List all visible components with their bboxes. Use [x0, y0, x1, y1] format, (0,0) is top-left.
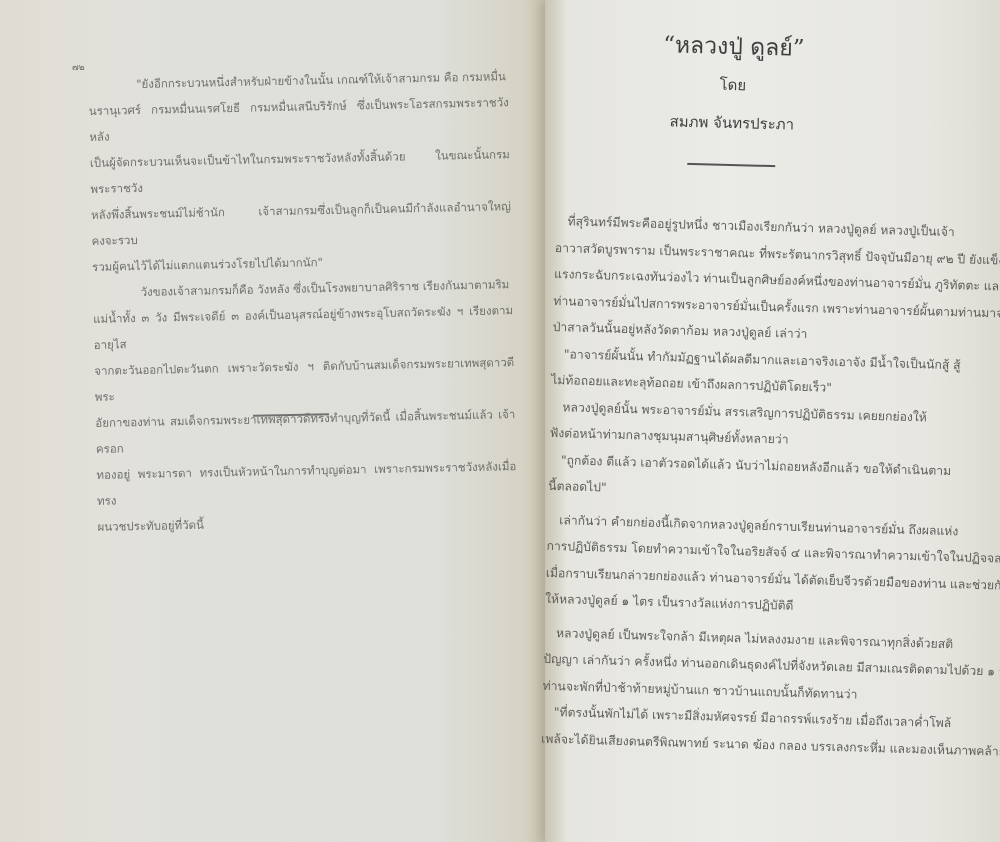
quote-paragraph: "ยังอีกกระบวนหนึ่งสำหรับฝ่ายข้างในนั้น เ… [88, 63, 512, 280]
text-line: จากตะวันออกไปตะวันตก เพราะวัดระฆัง ฯ ติด… [94, 349, 515, 410]
body-paragraph: วังของเจ้าสามกรมก็คือ วังหลัง ซึ่งเป็นโร… [92, 271, 517, 540]
text-line: ทองอยู่ พระมารดา ทรงเป็นหัวหน้าในการทำบุ… [96, 453, 517, 514]
book-spread: ๗๒ "ยังอีกกระบวนหนึ่งสำหรับฝ่ายข้างในนั้… [0, 0, 1000, 842]
right-page-body: ที่สุรินทร์มีพระคืออยู่รูปหนึ่ง ชาวเมือง… [541, 208, 986, 764]
left-page-body: "ยังอีกกระบวนหนึ่งสำหรับฝ่ายข้างในนั้น เ… [88, 63, 518, 540]
text-line: แม่น้ำทั้ง ๓ วัง มีพระเจดีย์ ๓ องค์เป็นอ… [93, 297, 514, 358]
left-page: ๗๒ "ยังอีกกระบวนหนึ่งสำหรับฝ่ายข้างในนั้… [0, 0, 545, 842]
text-line: หลังพึ่งสิ้นพระชนม์ไม่ช้านัก เจ้าสามกรมซ… [91, 193, 512, 254]
text-line: นรานุเวศร์ กรมหมื่นนเรศโยธี กรมหมื่นเสนี… [89, 89, 510, 150]
chapter-title: “หลวงปู่ ดูลย์” [626, 27, 842, 67]
chapter-heading: “หลวงปู่ ดูลย์” โดย สมภพ จันทรประภา [623, 27, 841, 169]
text-line: อัยกาของท่าน สมเด็จกรมพระยาเทพสุดาวดีทรง… [95, 401, 516, 462]
page-number: ๗๒ [72, 60, 85, 74]
author-name: สมภพ จันทรประภา [624, 105, 840, 141]
by-label: โดย [625, 67, 841, 103]
text-line: เป็นผู้จัดกระบวนเห็นจะเป็นข้าไทในกรมพระร… [90, 141, 511, 202]
